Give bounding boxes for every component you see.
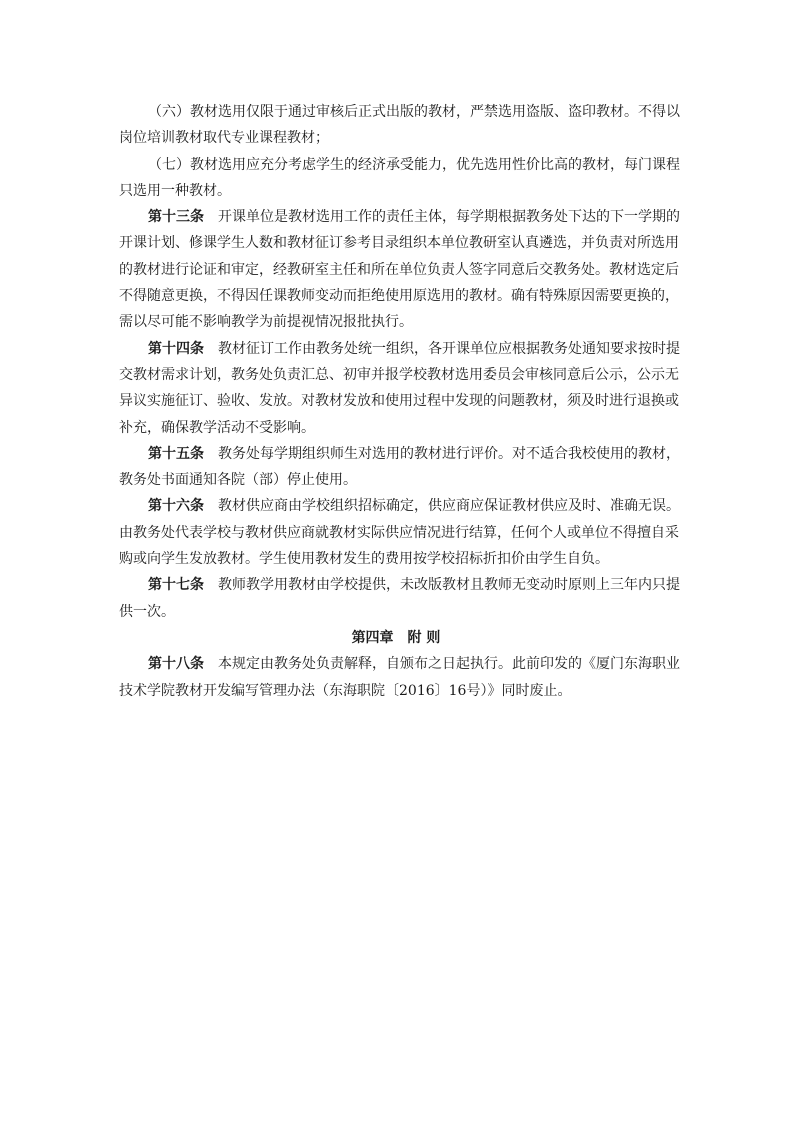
text-line: 异议实施征订、验收、发放。对教材发放和使用过程中发现的问题教材，须及时进行退换或 [119, 388, 673, 414]
article-16: 第十六条教材供应商由学校组织招标确定，供应商应保证教材供应及时、准确无误。 由教… [119, 493, 673, 572]
text-line: 只选用一种教材。 [119, 178, 673, 204]
text-line: 购或向学生发放教材。学生使用教材发生的费用按学校招标折扣价由学生自负。 [119, 546, 673, 572]
article-text: 教师教学用教材由学校提供，未改版教材且教师无变动时原则上三年内只提 [218, 577, 680, 593]
article-17: 第十七条教师教学用教材由学校提供，未改版教材且教师无变动时原则上三年内只提 供一… [119, 572, 673, 625]
text-line: 第十五条教务处每学期组织师生对选用的教材进行评价。对不适合我校使用的教材， [119, 441, 673, 467]
text-line: 开课计划、修课学生人数和教材征订参考目录组织本单位教研室认真遴选，并负责对所选用 [119, 230, 673, 256]
text-line: 的教材进行论证和审定，经教研室主任和所在单位负责人签字同意后交教务处。教材选定后 [119, 257, 673, 283]
article-label: 第十七条 [148, 577, 204, 593]
article-13: 第十三条开课单位是教材选用工作的责任主体，每学期根据教务处下达的下一学期的 开课… [119, 204, 673, 335]
text-line: 教务处书面通知各院（部）停止使用。 [119, 467, 673, 493]
chapter-heading: 第四章 附 则 [119, 625, 673, 651]
text-line: 第十六条教材供应商由学校组织招标确定，供应商应保证教材供应及时、准确无误。 [119, 493, 673, 519]
article-label: 第十八条 [148, 656, 204, 672]
text-line: 供一次。 [119, 599, 673, 625]
article-label: 第十三条 [148, 209, 204, 225]
text-line: 补充，确保教学活动不受影响。 [119, 415, 673, 441]
text-line: 不得随意更换，不得因任课教师变动而拒绝使用原选用的教材。确有特殊原因需要更换的， [119, 283, 673, 309]
text-line: 技术学院教材开发编写管理办法（东海职院〔2016〕16号）》同时废止。 [119, 678, 673, 704]
text-line: （七）教材选用应充分考虑学生的经济承受能力，优先选用性价比高的教材，每门课程 [119, 152, 673, 178]
text-line: （六）教材选用仅限于通过审核后正式出版的教材，严禁选用盗版、盗印教材。不得以 [119, 99, 673, 125]
article-18: 第十八条本规定由教务处负责解释，自颁布之日起执行。此前印发的《厦门东海职业 技术… [119, 651, 673, 704]
text-line: 第十八条本规定由教务处负责解释，自颁布之日起执行。此前印发的《厦门东海职业 [119, 651, 673, 677]
text-line: 需以尽可能不影响教学为前提视情况报批执行。 [119, 309, 673, 335]
article-text: 教材征订工作由教务处统一组织，各开课单位应根据教务处通知要求按时提 [218, 341, 680, 357]
article-text: 教务处每学期组织师生对选用的教材进行评价。对不适合我校使用的教材， [218, 446, 680, 462]
article-14: 第十四条教材征订工作由教务处统一组织，各开课单位应根据教务处通知要求按时提 交教… [119, 336, 673, 441]
text-line: 第十四条教材征订工作由教务处统一组织，各开课单位应根据教务处通知要求按时提 [119, 336, 673, 362]
list-item-7: （七）教材选用应充分考虑学生的经济承受能力，优先选用性价比高的教材，每门课程 只… [119, 152, 673, 205]
article-text: 教材供应商由学校组织招标确定，供应商应保证教材供应及时、准确无误。 [218, 498, 680, 514]
article-label: 第十五条 [148, 446, 204, 462]
article-label: 第十四条 [148, 341, 204, 357]
article-text: 本规定由教务处负责解释，自颁布之日起执行。此前印发的《厦门东海职业 [218, 656, 680, 672]
text-line: 由教务处代表学校与教材供应商就教材实际供应情况进行结算，任何个人或单位不得擅自采 [119, 520, 673, 546]
article-15: 第十五条教务处每学期组织师生对选用的教材进行评价。对不适合我校使用的教材， 教务… [119, 441, 673, 494]
document-page: （六）教材选用仅限于通过审核后正式出版的教材，严禁选用盗版、盗印教材。不得以 岗… [119, 99, 673, 704]
article-text: 开课单位是教材选用工作的责任主体，每学期根据教务处下达的下一学期的 [218, 209, 680, 225]
text-line: 第十七条教师教学用教材由学校提供，未改版教材且教师无变动时原则上三年内只提 [119, 572, 673, 598]
text-line: 交教材需求计划，教务处负责汇总、初审并报学校教材选用委员会审核同意后公示，公示无 [119, 362, 673, 388]
text-line: 第十三条开课单位是教材选用工作的责任主体，每学期根据教务处下达的下一学期的 [119, 204, 673, 230]
text-line: 岗位培训教材取代专业课程教材； [119, 125, 673, 151]
list-item-6: （六）教材选用仅限于通过审核后正式出版的教材，严禁选用盗版、盗印教材。不得以 岗… [119, 99, 673, 152]
article-label: 第十六条 [148, 498, 204, 514]
